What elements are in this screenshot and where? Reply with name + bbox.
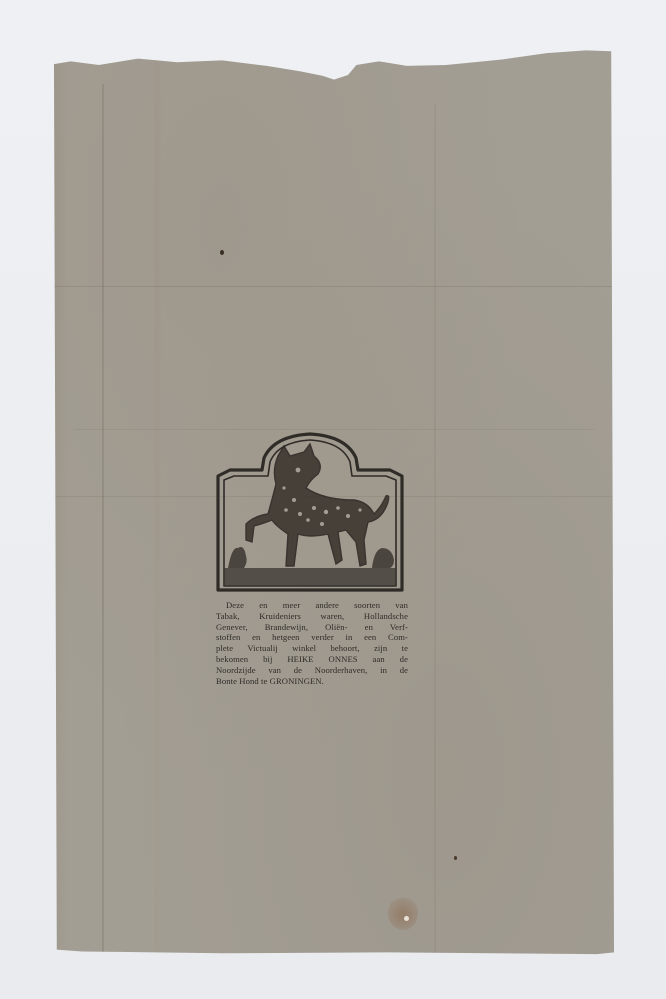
advert-line: Genever, Brandewijn, Oliën- en Verf- [216,622,408,633]
ink-spot [454,856,457,860]
ink-spot [220,250,224,255]
merchant-advertisement-text: Deze en meer andere soorten van Tabak, K… [216,600,408,686]
advert-line: plete Victualij winkel behoort, zijn te [216,643,408,654]
advert-line: Tabak, Kruideniers waren, Hollandsche [216,611,408,622]
fold-crease [102,84,104,954]
advert-line: Bonte Hond te GRONINGEN. [216,676,408,687]
advert-line: Deze en meer andere soorten van [216,600,408,611]
water-stain [388,896,418,930]
advert-line: stoffen en hetgeen verder in een Com- [216,632,408,643]
advert-line: Noordzijde van de Noorderhaven, in de [216,665,408,676]
fold-crease [54,286,614,287]
pin-hole [404,916,409,921]
advert-line: bekomen bij HEIKE ONNES aan de [216,654,408,665]
spotted-dog-woodcut-icon [214,430,406,596]
fold-crease [434,104,436,954]
